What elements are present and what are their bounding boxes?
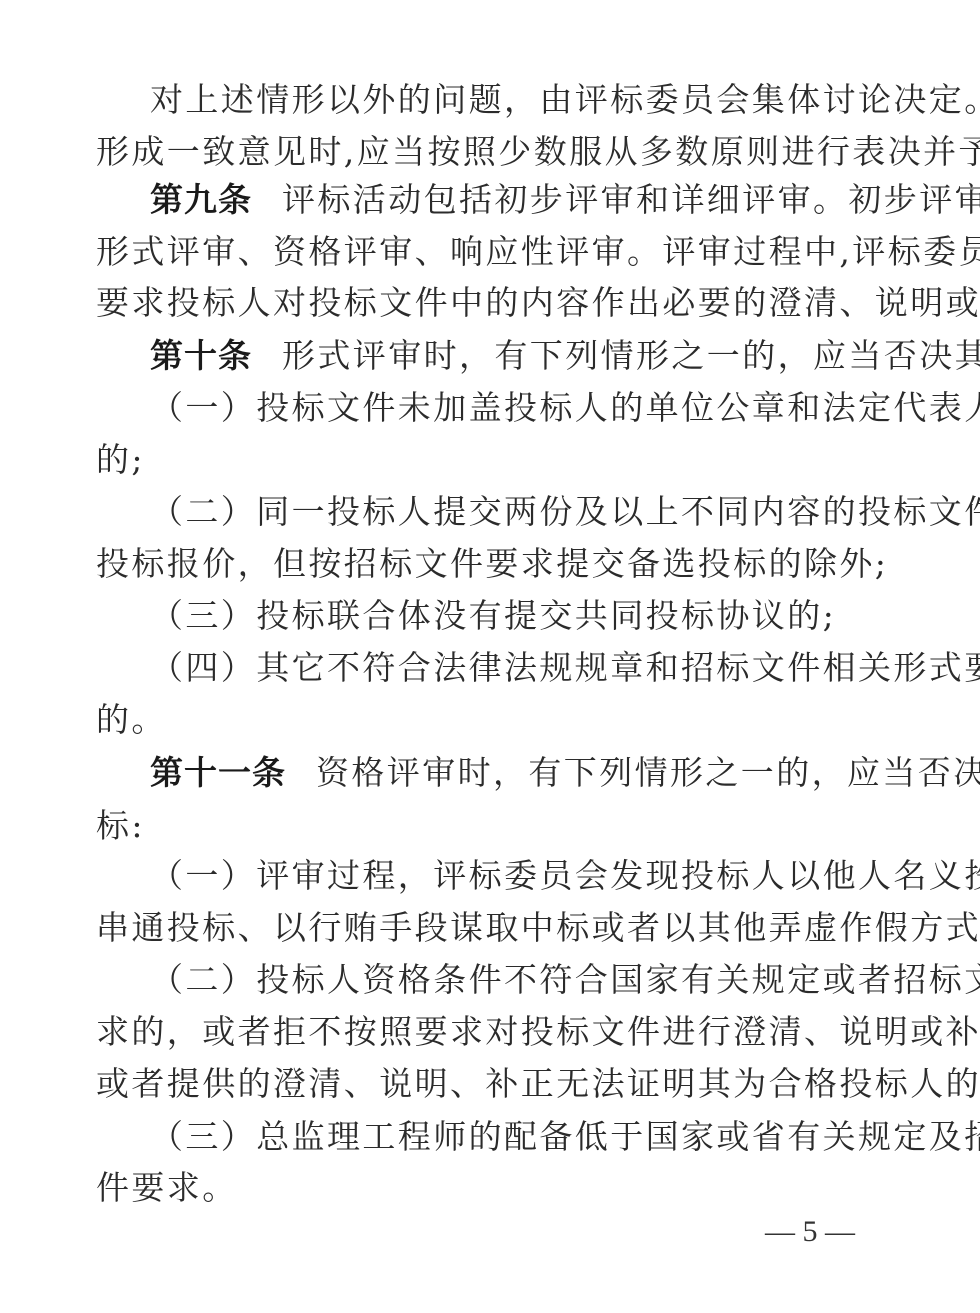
list-item: （一）评审过程，评标委员会发现投标人以他人名义投标、	[150, 850, 888, 902]
list-item: （四）其它不符合法律法规规章和招标文件相关形式要求	[150, 642, 888, 694]
paragraph-line: 形式评审、资格评审、响应性评审。评审过程中,评标委员会可以	[96, 226, 888, 278]
article-11-line-1: 第十一条资格评审时，有下列情形之一的，应当否决其投	[150, 747, 888, 799]
paragraph-line: 要求投标人对投标文件中的内容作出必要的澄清、说明或者补正。	[96, 277, 888, 329]
article-text: 评标活动包括初步评审和详细评审。初步评审包括	[282, 180, 980, 219]
list-item: （二）投标人资格条件不符合国家有关规定或者招标文件要	[150, 954, 888, 1006]
paragraph-line: 求的，或者拒不按照要求对投标文件进行澄清、说明或补正的，	[96, 1006, 888, 1058]
paragraph-line: 的;	[96, 434, 888, 486]
article-heading: 第十一条	[150, 753, 286, 792]
list-item: （一）投标文件未加盖投标人的单位公章和法定代表人印章	[150, 382, 888, 434]
article-10-line-1: 第十条形式评审时，有下列情形之一的，应当否决其投标:	[150, 330, 888, 382]
paragraph-line: 件要求。	[96, 1162, 888, 1214]
paragraph-line: 或者提供的澄清、说明、补正无法证明其为合格投标人的;	[96, 1058, 888, 1110]
list-item: （二）同一投标人提交两份及以上不同内容的投标文件或者	[150, 486, 888, 538]
list-item: （三）总监理工程师的配备低于国家或省有关规定及招标文	[150, 1111, 888, 1163]
article-heading: 第九条	[150, 180, 252, 219]
article-heading: 第十条	[150, 336, 252, 375]
article-9-line-1: 第九条评标活动包括初步评审和详细评审。初步评审包括	[150, 174, 888, 226]
article-text: 形式评审时，有下列情形之一的，应当否决其投标:	[282, 336, 980, 375]
article-text: 资格评审时，有下列情形之一的，应当否决其投	[316, 753, 980, 792]
document-page: 对上述情形以外的问题，由评标委员会集体讨论决定。无法 形成一致意见时,应当按照少…	[0, 0, 980, 1313]
paragraph-line: 的。	[96, 694, 888, 746]
page-number: — 5 —	[760, 1212, 860, 1252]
list-item: （三）投标联合体没有提交共同投标协议的;	[150, 590, 888, 642]
paragraph-line: 标:	[96, 800, 888, 852]
paragraph-line: 投标报价，但按招标文件要求提交备选投标的除外;	[96, 538, 888, 590]
paragraph-line: 串通投标、以行贿手段谋取中标或者以其他弄虚作假方式投标的;	[96, 902, 888, 954]
paragraph-line: 形成一致意见时,应当按照少数服从多数原则进行表决并予记录。	[96, 126, 888, 178]
paragraph-line: 对上述情形以外的问题，由评标委员会集体讨论决定。无法	[150, 74, 888, 126]
